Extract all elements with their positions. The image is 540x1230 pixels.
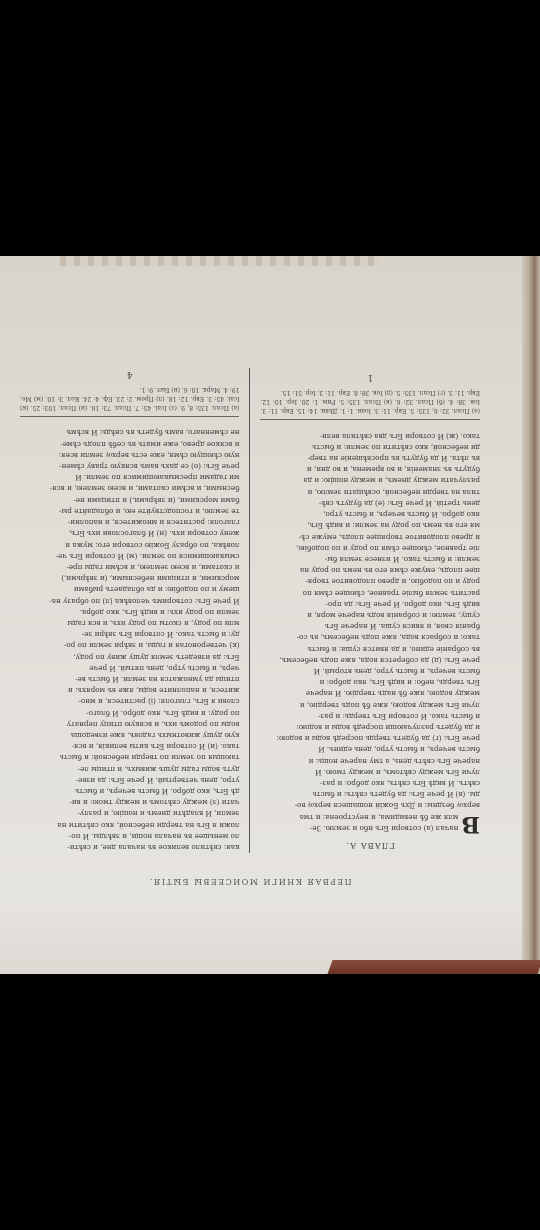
text-line: бесными, и всѣми скотами, и всею землею,… <box>20 483 240 494</box>
text-line: слови я Бгъ, глаголя: (і) раститеся, и м… <box>20 696 240 707</box>
text-line: ловѣка, по образу Божію сотвори его: муж… <box>20 539 240 550</box>
text-line: рече Бгъ: (г) да будетъ твердь посредѣ в… <box>261 733 481 744</box>
page-content-rotated: ПЕРВАЯ КНИГИ МОИСЕЕВЫ БЫТІЯ. ГЛАВА А. В … <box>20 306 480 886</box>
text-line: дутъ воды гады душъ живыхъ, и птицы ле- <box>20 763 240 774</box>
text-line: свѣтъ. И видѣ Бгъ свѣтъ, яко добро: и ра… <box>261 778 481 789</box>
text-line: ми гадами пресмыкающимися по земли. И <box>20 472 240 483</box>
text-line: по роду: и видѣ Бгъ, яко добро. И благо- <box>20 707 240 718</box>
text-line: шему и по подобію: и да обладаетъ рыбами <box>20 584 240 595</box>
text-line: мля же бѣ невидима, и неустроена: и тма <box>261 811 481 822</box>
text-line: ло меньшее въ начала нощи, и звѣзды. И п… <box>20 831 240 842</box>
text-line: бысть вечеръ, и бысть утро, день вторый.… <box>261 666 481 677</box>
text-line: тако. (и) И сотвори Бгъ киты великія, и … <box>20 741 240 752</box>
text-line: черъ, и бысть утро, день пятый. И рече <box>20 663 240 674</box>
text-line: лучи Бгъ между свѣтомъ, и между тмою. И <box>261 767 481 778</box>
text-line: яко добро. И бысть вечеръ, и бысть утро, <box>261 509 481 520</box>
text-line: день третій. И рече Бгъ: (е) да будутъ с… <box>261 498 481 509</box>
text-line: между водою, яже бѣ надъ твердію. И наре… <box>261 688 481 699</box>
text-line: не сѣменнаго, вамъ будетъ въ снѣдь: И вс… <box>20 427 240 438</box>
text-line: житеся, и наполните воды, яже въ моряхъ:… <box>20 685 240 696</box>
page-mark-right: 4 <box>20 368 240 379</box>
text-line: и скотами, и всею землею, и всѣми гады п… <box>20 562 240 573</box>
text-line: тила на тверди небесной, освѣщати землю,… <box>261 487 481 498</box>
book-photo: ПЕРВАЯ КНИГИ МОИСЕЕВЫ БЫТІЯ. ГЛАВА А. В … <box>0 256 540 974</box>
text-line: бранія своя, и явися суша. И нарече Бгъ <box>261 621 481 632</box>
text-line: роду и по подобію, и древо плодовитое тв… <box>261 576 481 587</box>
text-line: чати (з) между свѣтомъ и между тмою: и в… <box>20 797 240 808</box>
text-line: Бгъ твердь, небо: и видѣ Бгъ, яко добро:… <box>261 677 481 688</box>
page-mark-left: 1 <box>261 371 481 382</box>
left-column-text: начал (а) сотвори Бгъ нбо и землю. Зе-мл… <box>261 430 481 833</box>
text-line: видѣ Бгъ, яко добро. И рече Бгъ: да про- <box>261 599 481 610</box>
text-line: (к) четвероногая и гады, и звѣри земли п… <box>20 640 240 651</box>
text-line: утро, день четвертый. И рече Бгъ: да изв… <box>20 775 240 786</box>
text-line: и всякое древо, еже имать въ себѣ плодъ … <box>20 438 240 449</box>
text-line: нарече Бгъ свѣтъ день, а тму нарече нощь… <box>261 755 481 766</box>
text-line: щее плодъ, емуже сѣмя его въ немъ по род… <box>261 565 481 576</box>
text-line: дѣ Бгъ, яко добро. И бысть вечеръ, и быс… <box>20 786 240 797</box>
page-edge-shadow <box>522 256 540 974</box>
text-line: морскими, и птицами небесными, (и звѣрьм… <box>20 573 240 584</box>
right-column: кая: свѣтило великое въ начала дне, и св… <box>20 368 240 853</box>
text-line: ди небесной, яко свѣтити по земли: и быс… <box>261 442 481 453</box>
text-line: кую душу животныхъ гадовъ, яже изведоша <box>20 730 240 741</box>
text-line: ліе травное, сѣющее сѣмя по роду и по по… <box>261 543 481 554</box>
text-line: и древо плодовитое творящее плодъ, емуже… <box>261 531 481 542</box>
text-line: въ лѣта. И да будутъ въ просвѣщеніе на т… <box>261 453 481 464</box>
text-line: тающыя по земли по тверди небесной: и бы… <box>20 752 240 763</box>
text-line: и да будетъ разлучающи посредѣ воды и во… <box>261 722 481 733</box>
text-line: мли по роду, и скоты по роду ихъ, и вся … <box>20 618 240 629</box>
text-line: рече Бгъ: (о) се дахъ вамъ всякую траву … <box>20 461 240 472</box>
text-line: те землю, и господствуйте ею, и обладайт… <box>20 506 240 517</box>
drop-cap: В <box>461 814 480 834</box>
text-line: И рече Бгъ: сотворимъ человѣка (л) по об… <box>20 595 240 606</box>
text-line: кая: свѣтило великое въ начала дне, и св… <box>20 842 240 853</box>
book-page: ПЕРВАЯ КНИГИ МОИСЕЕВЫ БЫТІЯ. ГЛАВА А. В … <box>0 256 525 974</box>
text-columns: ГЛАВА А. В начал (а) сотвори Бгъ нбо и з… <box>20 368 480 853</box>
text-line: земли: и бысть тако. И изнесе земля бы- <box>261 554 481 565</box>
text-line: тако. (ж) И сотвори Бгъ два свѣтила вели… <box>261 430 481 441</box>
left-footnotes: (а) Псал. 32: 6, 135: 5. Евр. 11: 3. Іоа… <box>261 388 481 420</box>
right-column-text: кая: свѣтило великое въ начала дне, и св… <box>20 427 240 853</box>
left-column: ГЛАВА А. В начал (а) сотвори Бгъ нбо и з… <box>250 368 481 853</box>
text-line: ложи я Бгъ на тверди небесной, яко свѣти… <box>20 819 240 830</box>
text-line: бысть вечеръ, и бысть утро, день единъ. … <box>261 744 481 755</box>
text-line: глаголя: раститеся и множитеся, и наполн… <box>20 517 240 528</box>
text-line: птицы да умножатся на земли. И бысть ве- <box>20 674 240 685</box>
running-head: ПЕРВАЯ КНИГИ МОИСЕЕВЫ БЫТІЯ. <box>20 877 480 886</box>
text-line: разлучати между днемъ, и между нощію: и … <box>261 475 481 486</box>
text-line: Бгъ: да изведетъ земля душу живу по роду… <box>20 651 240 662</box>
text-line: и бысть тако. И сотвори Бгъ твердь: и ра… <box>261 711 481 722</box>
text-line: сушу, землю: и собранія водъ нарече моря… <box>261 610 481 621</box>
text-line: земли по роду ихъ: и видѣ Бгъ, яко добра… <box>20 607 240 618</box>
text-line: въ собраніе едино, и да явится суша: и б… <box>261 643 481 654</box>
text-line: лучи Бгъ между водою, яже бѣ подъ тверді… <box>261 699 481 710</box>
text-line: растить земля быліе травное, сѣющее сѣмя… <box>261 587 481 598</box>
text-line: тако: и собрася вода, яже подъ небесемъ,… <box>261 632 481 643</box>
right-footnotes: (а) Псал. 135: 8, 9. (з) Ісаі. 45: 7. Пс… <box>20 385 240 417</box>
text-line: ную сѣющую сѣмя, еже есть верхѹ земли вс… <box>20 450 240 461</box>
text-line: будутъ въ знаменія, и во времена, и во д… <box>261 464 481 475</box>
text-line: мя его въ немъ по роду на земли: и видѣ … <box>261 520 481 531</box>
text-line: ду: и бысть тако. И сотвори Бгъ звѣри зе… <box>20 629 240 640</box>
text-line: смыкающимися по земли. (м) И сотвори Бгъ… <box>20 551 240 562</box>
torn-edge <box>60 256 380 266</box>
text-line: воды по родомъ ихъ, и всякую птицу перна… <box>20 719 240 730</box>
text-line: начал (а) сотвори Бгъ нбо и землю. Зе- <box>261 823 481 834</box>
chapter-title: ГЛАВА А. <box>261 840 481 851</box>
wooden-table-corner <box>327 960 540 974</box>
text-line: рече Бгъ: (д) да соберется вода, яже под… <box>261 655 481 666</box>
text-line: бами морскими, (и звѣрьми,) и птицами не… <box>20 495 240 506</box>
text-line: жену сотвори ихъ. (н) И благослови ихъ Б… <box>20 528 240 539</box>
text-line: ды. (в) И рече Бгъ: да будетъ свѣтъ: и б… <box>261 789 481 800</box>
text-line: верхѹ бездны: и Дхъ Божій ношашеся верхѹ… <box>261 800 481 811</box>
text-line: земли, И владѣти днемъ и нощію, и разлу- <box>20 808 240 819</box>
